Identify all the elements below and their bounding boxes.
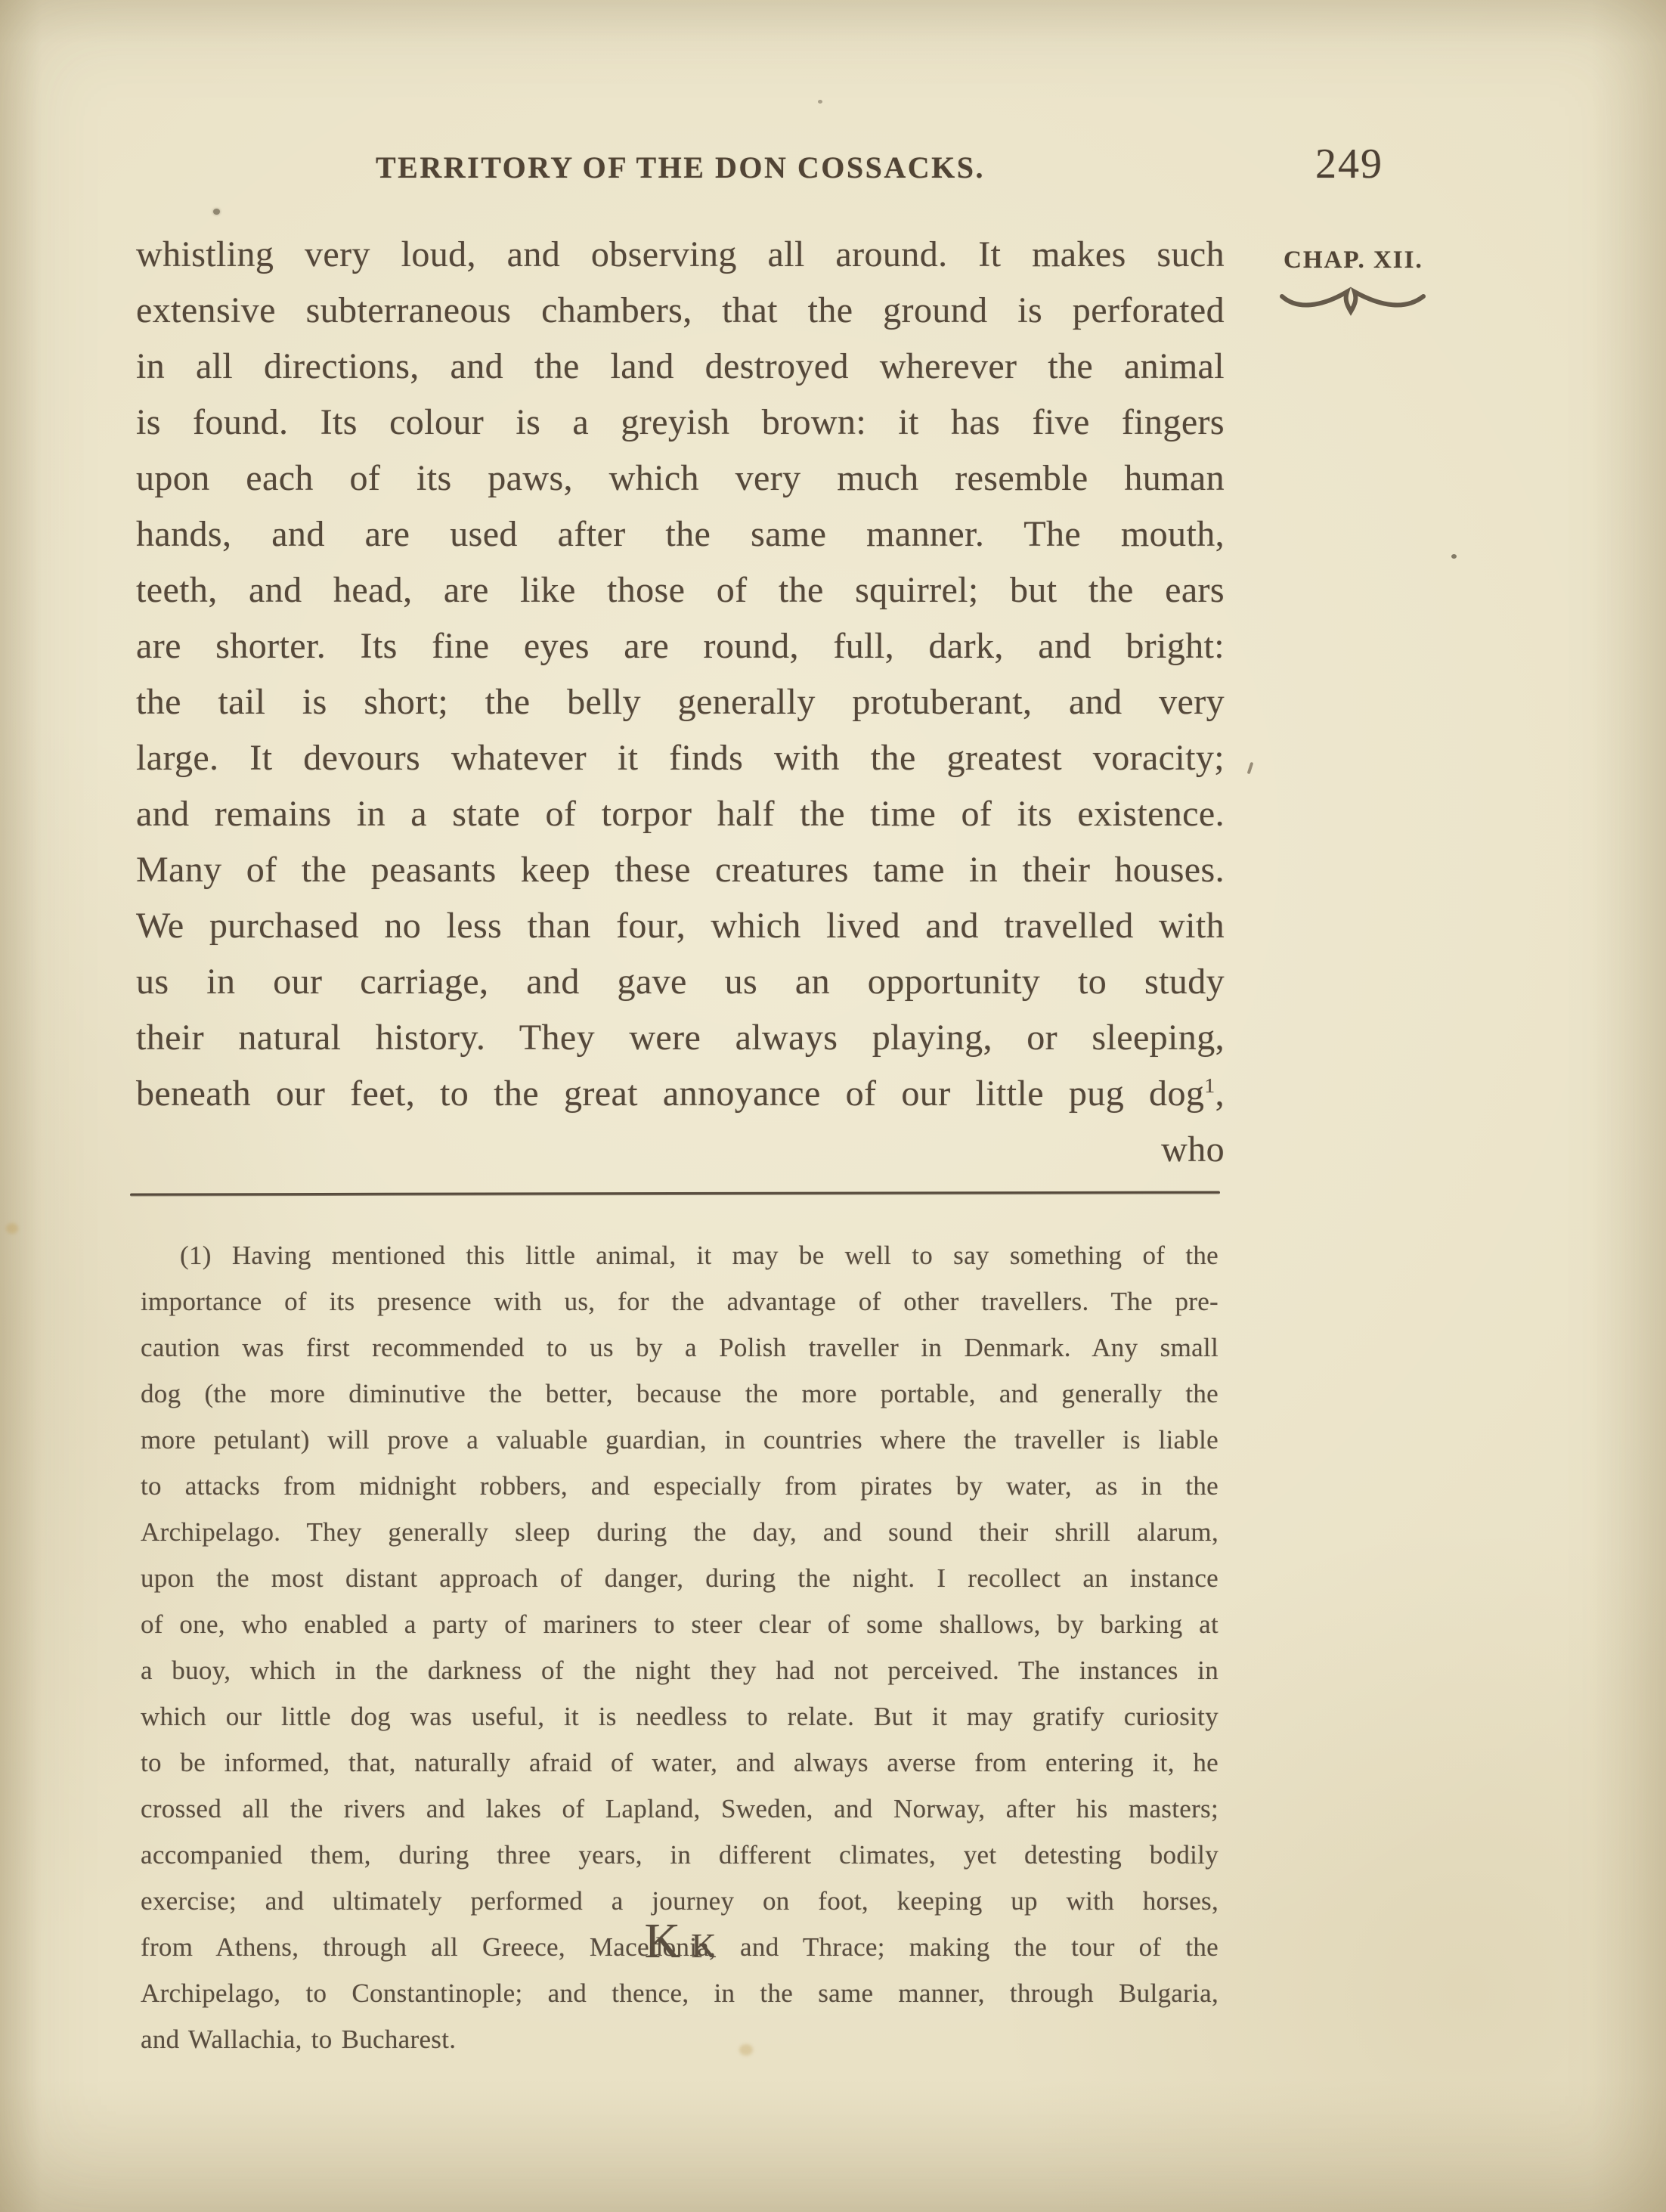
printers-signature-mark: KK	[136, 1911, 1225, 1972]
body-line: hands, and are used after the same manne…	[136, 507, 1225, 562]
paper-stain	[739, 2044, 753, 2056]
footnote-line: and Wallachia, to Bucharest.	[141, 2016, 1219, 2062]
body-line-punctuation: ,	[1215, 1073, 1225, 1114]
body-line: upon each of its paws, which very much r…	[136, 451, 1225, 507]
signature-letter-small: K	[691, 1926, 716, 1965]
body-line: teeth, and head, are like those of the s…	[136, 562, 1225, 618]
body-line: the tail is short; the belly generally p…	[136, 674, 1225, 730]
footnote-line: of one, who enabled a party of mariners …	[141, 1601, 1219, 1647]
chapter-marginal-label: CHAP. XII.	[1284, 245, 1423, 275]
body-line: their natural history. They were always …	[136, 1010, 1225, 1066]
footnote-separator-rule	[130, 1191, 1220, 1196]
paper-speck	[818, 100, 822, 104]
footnote-line: (1) Having mentioned this little animal,…	[141, 1232, 1219, 1278]
book-page-scan: TERRITORY OF THE DON COSSACKS. 249 CHAP.…	[0, 0, 1666, 2212]
chapter-ornament-squiggle	[1277, 284, 1429, 322]
paper-speck	[1451, 554, 1457, 559]
catchword: who	[136, 1122, 1225, 1178]
footnote-line: dog (the more diminutive the better, bec…	[141, 1371, 1219, 1417]
footnote-line: upon the most distant approach of danger…	[141, 1555, 1219, 1601]
body-line-with-footnote-ref: beneath our feet, to the great annoyance…	[136, 1066, 1225, 1122]
footnote-line: to be informed, that, naturally afraid o…	[141, 1740, 1219, 1786]
footnote-line: importance of its presence with us, for …	[141, 1278, 1219, 1324]
body-line: and remains in a state of torpor half th…	[136, 786, 1225, 842]
body-line: whistling very loud, and observing all a…	[136, 227, 1225, 283]
paper-stain	[6, 1223, 18, 1234]
body-line: in all directions, and the land destroye…	[136, 339, 1225, 395]
body-line: We purchased no less than four, which li…	[136, 898, 1225, 954]
footnote-line: caution was first recommended to us by a…	[141, 1324, 1219, 1371]
body-line-text: beneath our feet, to the great annoyance…	[136, 1073, 1204, 1114]
page-number: 249	[1315, 141, 1429, 187]
footnote-line: crossed all the rivers and lakes of Lapl…	[141, 1786, 1219, 1832]
paper-speck	[1247, 762, 1254, 774]
footnote-line: Archipelago, to Constantinople; and then…	[141, 1970, 1219, 2016]
body-line: us in our carriage, and gave us an oppor…	[136, 954, 1225, 1010]
body-line: Many of the peasants keep these creature…	[136, 842, 1225, 898]
signature-letter-large: K	[645, 1913, 681, 1969]
body-line: extensive subterraneous chambers, that t…	[136, 283, 1225, 339]
footnote-reference-superscript: 1	[1204, 1074, 1215, 1098]
body-line: are shorter. Its fine eyes are round, fu…	[136, 618, 1225, 674]
footnote-line: Archipelago. They generally sleep during…	[141, 1509, 1219, 1555]
body-line: large. It devours whatever it finds with…	[136, 730, 1225, 786]
footnote-line: more petulant) will prove a valuable gua…	[141, 1417, 1219, 1463]
footnote-line: accompanied them, during three years, in…	[141, 1832, 1219, 1878]
main-text-block: whistling very loud, and observing all a…	[136, 227, 1225, 1178]
running-header: TERRITORY OF THE DON COSSACKS.	[136, 150, 1225, 186]
paper-speck	[213, 209, 220, 215]
body-line: is found. Its colour is a greyish brown:…	[136, 395, 1225, 451]
footnote-line: a buoy, which in the darkness of the nig…	[141, 1647, 1219, 1693]
footnote-line: which our little dog was useful, it is n…	[141, 1693, 1219, 1740]
footnote-line: to attacks from midnight robbers, and es…	[141, 1463, 1219, 1509]
